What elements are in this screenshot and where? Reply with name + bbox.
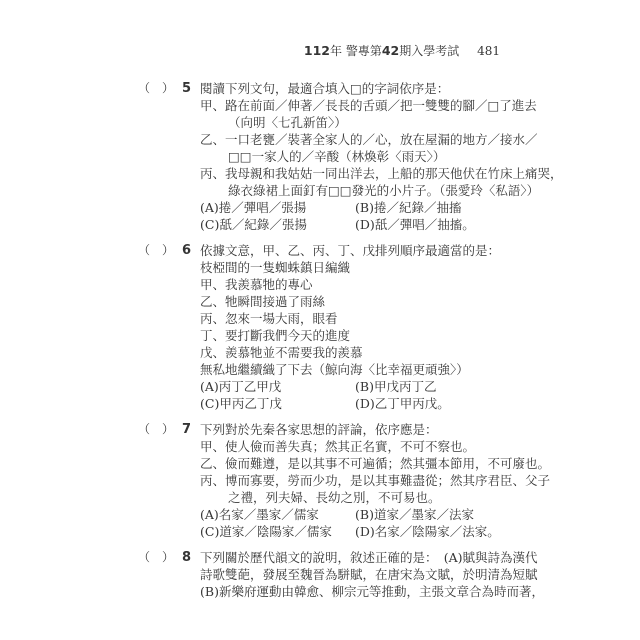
body-line: 枝椏間的一隻蜘蛛鎮日編織 bbox=[200, 259, 640, 276]
body-line: 無私地繼續織了下去（鯨向海〈比幸福更頑強〉） bbox=[200, 361, 640, 378]
options-row: (A)名家／墨家／儒家 (B)道家／墨家／法家 bbox=[200, 506, 640, 523]
question-number: 7 bbox=[182, 421, 200, 438]
body-line: 丁、要打斷我們今天的進度 bbox=[200, 327, 640, 344]
answer-bracket: （ ） bbox=[138, 421, 182, 438]
options-row: (A)捲／彈唱／張揚 (B)捲／紀錄／抽搐 bbox=[200, 199, 640, 216]
option-d: (D)乙丁甲丙戊。 bbox=[355, 395, 450, 412]
body-line: 綠衣綠裙上面釘有□□發光的小片子。（張愛玲〈私語〉） bbox=[200, 182, 640, 199]
option-a: (A)名家／墨家／儒家 bbox=[200, 506, 355, 523]
question-5: （ ） 5 閱讀下列文句，最適合填入□的字詞依序是： 甲、路在前面／伸著／長長的… bbox=[138, 80, 640, 233]
exam-year-suffix: 年 bbox=[330, 44, 342, 58]
body-line: 甲、路在前面／伸著／長長的舌頭／把一雙雙的腳／□了進去 bbox=[200, 97, 640, 114]
body-line: 甲、使人儉而善失真；然其正名實，不可不察也。 bbox=[200, 438, 640, 455]
option-c: (C)甲丙乙丁戊 bbox=[200, 395, 355, 412]
question-number: 5 bbox=[182, 80, 200, 97]
body-line: 丙、忽來一場大雨，眼看 bbox=[200, 310, 640, 327]
answer-bracket: （ ） bbox=[138, 242, 182, 259]
answer-bracket: （ ） bbox=[138, 80, 182, 97]
question-body: 下列對於先秦各家思想的評論，依序應是： 甲、使人儉而善失真；然其正名實，不可不察… bbox=[200, 421, 640, 540]
body-line: 丙、博而寡要，勞而少功，是以其事難盡從；然其序君臣、父子 bbox=[200, 472, 640, 489]
question-stem: 下列關於歷代韻文的說明，敘述正確的是： (A)賦與詩為漢代 bbox=[200, 549, 640, 566]
page-number: 481 bbox=[477, 44, 500, 58]
body-line: （向明〈七孔新笛〉） bbox=[200, 114, 640, 131]
option-a: (A)捲／彈唱／張揚 bbox=[200, 199, 355, 216]
exam-title-prefix: 警專第 bbox=[346, 44, 382, 58]
question-body: 依據文意，甲、乙、丙、丁、戊排列順序最適當的是： 枝椏間的一隻蜘蛛鎮日編織 甲、… bbox=[200, 242, 640, 412]
body-line: 甲、我羨慕牠的專心 bbox=[200, 276, 640, 293]
exam-title-suffix: 期入學考試 bbox=[399, 44, 459, 58]
option-d: (D)名家／陰陽家／法家。 bbox=[355, 523, 500, 540]
option-d: (D)舐／彈唱／抽搐。 bbox=[355, 216, 475, 233]
options-row: (A)丙丁乙甲戊 (B)甲戊丙丁乙 bbox=[200, 378, 640, 395]
book-page: 112年 警專第42期入學考試 481 （ ） 5 閱讀下列文句，最適合填入□的… bbox=[0, 0, 640, 640]
body-line: 之禮，列夫婦、長幼之別，不可易也。 bbox=[200, 489, 640, 506]
answer-bracket: （ ） bbox=[138, 549, 182, 566]
body-line: 乙、一口老甕／裝著全家人的／心，放在屋漏的地方／接水／ bbox=[200, 131, 640, 148]
question-number: 8 bbox=[182, 549, 200, 566]
exam-year-number: 112 bbox=[304, 43, 330, 58]
question-number: 6 bbox=[182, 242, 200, 259]
options-row: (C)甲丙乙丁戊 (D)乙丁甲丙戊。 bbox=[200, 395, 640, 412]
option-b: (B)甲戊丙丁乙 bbox=[355, 378, 436, 395]
exam-session-number: 42 bbox=[382, 43, 399, 58]
body-line: 詩歌雙葩，發展至魏晉為駢賦，在唐宋為文賦，於明清為短賦 bbox=[200, 566, 640, 583]
question-stem: 依據文意，甲、乙、丙、丁、戊排列順序最適當的是： bbox=[200, 242, 640, 259]
question-stem: 下列對於先秦各家思想的評論，依序應是： bbox=[200, 421, 640, 438]
question-body: 下列關於歷代韻文的說明，敘述正確的是： (A)賦與詩為漢代 詩歌雙葩，發展至魏晉… bbox=[200, 549, 640, 600]
option-b: (B)捲／紀錄／抽搐 bbox=[355, 199, 461, 216]
question-stem: 閱讀下列文句，最適合填入□的字詞依序是： bbox=[200, 80, 640, 97]
options-row: (C)道家／陰陽家／儒家 (D)名家／陰陽家／法家。 bbox=[200, 523, 640, 540]
body-line: 丙、我母親和我姑姑一同出洋去，上船的那天他伏在竹床上痛哭， bbox=[200, 165, 640, 182]
question-6: （ ） 6 依據文意，甲、乙、丙、丁、戊排列順序最適當的是： 枝椏間的一隻蜘蛛鎮… bbox=[138, 242, 640, 412]
option-b: (B)道家／墨家／法家 bbox=[355, 506, 474, 523]
body-line: (B)新樂府運動由韓愈、柳宗元等推動，主張文章合為時而著， bbox=[200, 583, 640, 600]
option-c: (C)道家／陰陽家／儒家 bbox=[200, 523, 355, 540]
question-body: 閱讀下列文句，最適合填入□的字詞依序是： 甲、路在前面／伸著／長長的舌頭／把一雙… bbox=[200, 80, 640, 233]
body-line: 乙、儉而難遵，是以其事不可遍循；然其彊本節用，不可廢也。 bbox=[200, 455, 640, 472]
body-line: 戊、羨慕牠並不需要我的羨慕 bbox=[200, 344, 640, 361]
question-7: （ ） 7 下列對於先秦各家思想的評論，依序應是： 甲、使人儉而善失真；然其正名… bbox=[138, 421, 640, 540]
page-header: 112年 警專第42期入學考試 481 bbox=[138, 42, 500, 60]
option-a: (A)丙丁乙甲戊 bbox=[200, 378, 355, 395]
body-line: □□一家人的／辛酸（林煥彰〈雨天〉） bbox=[200, 148, 640, 165]
body-line: 乙、牠瞬間接過了雨絲 bbox=[200, 293, 640, 310]
option-c: (C)舐／紀錄／張揚 bbox=[200, 216, 355, 233]
question-8: （ ） 8 下列關於歷代韻文的說明，敘述正確的是： (A)賦與詩為漢代 詩歌雙葩… bbox=[138, 549, 640, 600]
options-row: (C)舐／紀錄／張揚 (D)舐／彈唱／抽搐。 bbox=[200, 216, 640, 233]
